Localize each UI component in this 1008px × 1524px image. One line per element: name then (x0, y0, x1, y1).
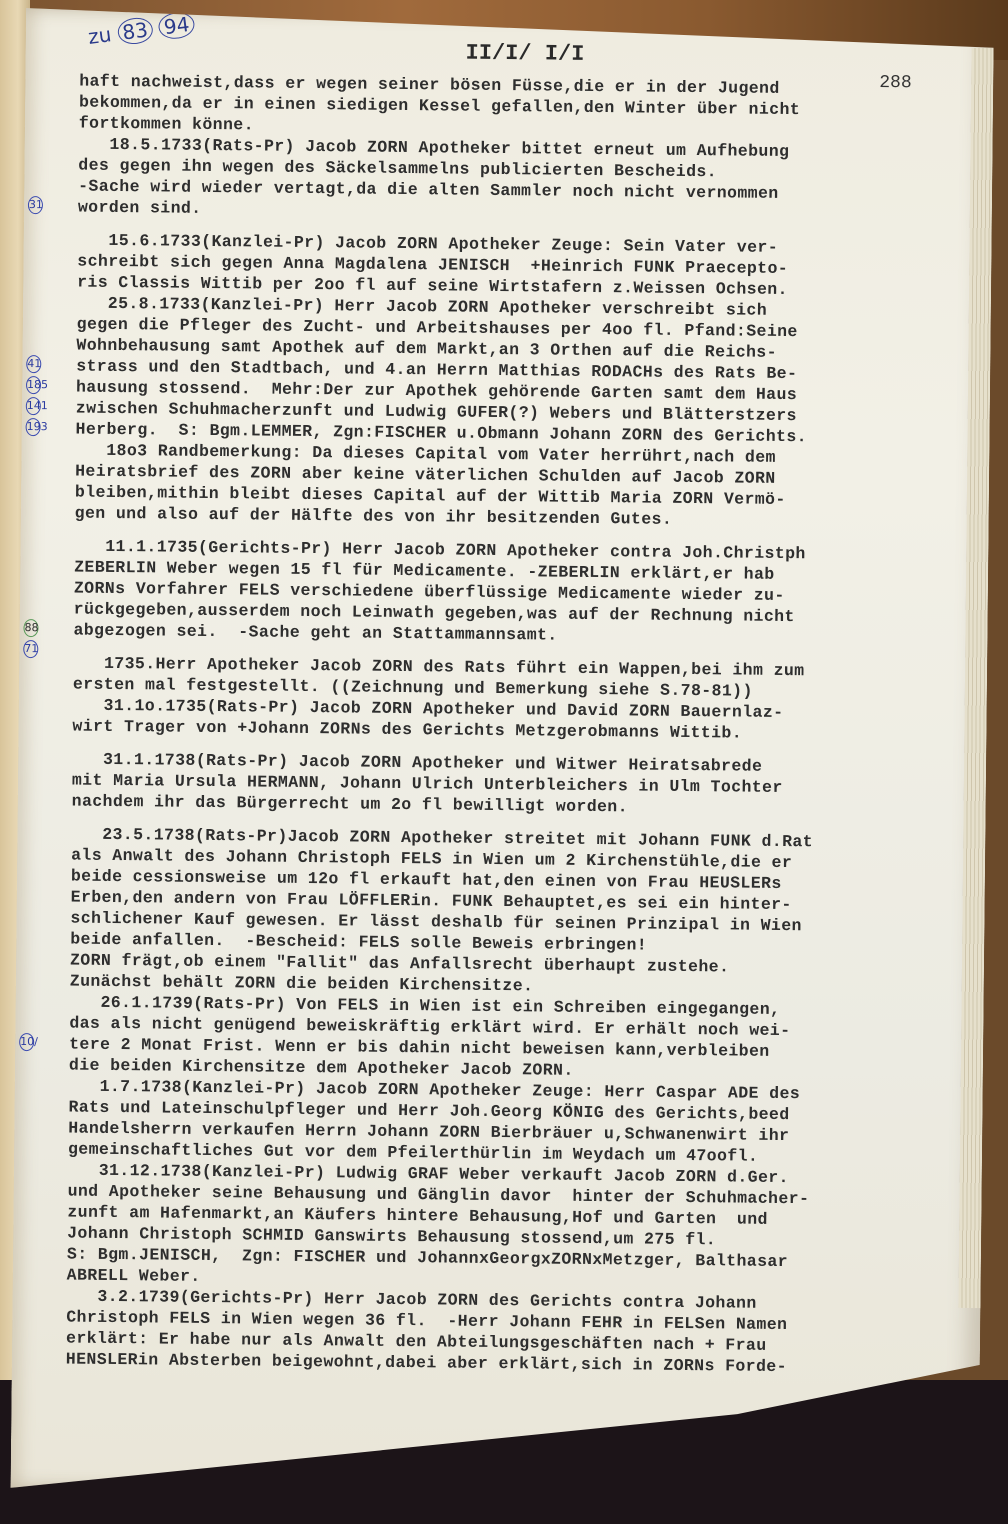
cross-reference: zu 83 94 (87, 10, 196, 50)
document-page: zu 83 94 II/I/ I/I 288 haft nachweist,da… (11, 8, 994, 1498)
typed-text-body: haft nachweist,dass er wegen seiner böse… (66, 71, 980, 1379)
margin-note: 71 (23, 640, 38, 658)
reference-prefix: zu (87, 22, 113, 49)
margin-note: 41 (26, 355, 41, 373)
margin-note: 193 (26, 418, 41, 436)
margin-note: 88 (23, 619, 38, 637)
margin-note: 141 (26, 397, 41, 415)
reference-number: 83 (116, 16, 155, 46)
section-title: II/I/ I/I (465, 41, 584, 67)
reference-number: 94 (157, 10, 196, 40)
margin-note: 10/ (19, 1033, 34, 1051)
margin-note: 185 (26, 376, 41, 394)
margin-note: 31 (28, 196, 43, 214)
